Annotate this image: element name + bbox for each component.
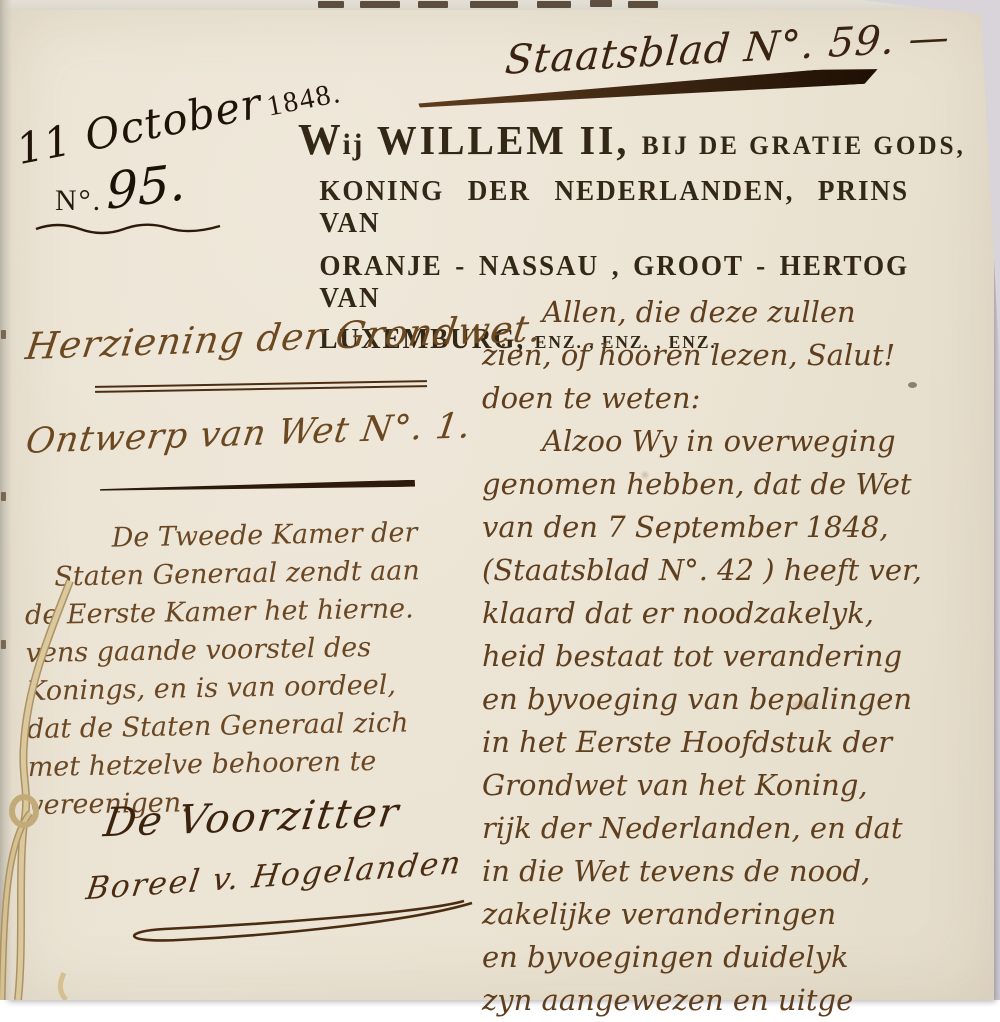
gratie-gods-text: BIJ DE GRATIE GODS,	[642, 131, 966, 161]
kamer-resolution-paragraph: De Tweede Kamer der Staten Generaal zend…	[23, 513, 498, 825]
manuscript-line: doen te weten:	[482, 377, 996, 420]
manuscript-line: in het Eerste Hoofdstuk der	[482, 721, 996, 764]
edge-ink-fleck	[1, 492, 6, 501]
manuscript-line: en byvoeging van bepalingen	[482, 678, 996, 721]
manuscript-line: (Staatsblad N°. 42 ) heeft ver,	[482, 549, 996, 592]
manuscript-line: rijk der Nederlanden, en dat	[482, 807, 996, 850]
decree-text-column: Allen, die deze zullen zien, of hooren l…	[482, 291, 996, 1000]
manuscript-line: zyn aangewezen en uitge	[482, 979, 996, 1000]
paper-stain	[788, 699, 822, 711]
photo-background: Staatsblad N°. 59. — 11 October 1848. N°…	[0, 0, 1000, 1000]
manuscript-line: zakelijke veranderingen	[482, 893, 996, 936]
edge-ink-fleck	[1, 330, 6, 339]
cutoff-type-mark	[470, 1, 518, 8]
intitulatio-line2: KONING DER NEDERLANDEN, PRINS VAN	[319, 176, 909, 240]
manuscript-line: Alzoo Wy in overweging	[482, 420, 996, 463]
signature-flourish	[112, 893, 480, 953]
manuscript-line: heid bestaat tot verandering	[482, 635, 996, 678]
wij-word: Wij	[298, 114, 364, 165]
cutoff-type-mark	[318, 1, 344, 8]
manuscript-line: Grondwet van het Koning,	[482, 764, 996, 807]
paper-stain	[640, 470, 650, 480]
cutoff-type-mark	[360, 1, 400, 8]
number-value: 95.	[106, 153, 186, 221]
manuscript-line: zien, of hooren lezen, Salut!	[482, 334, 996, 377]
manuscript-line: klaard dat er noodzakelyk,	[482, 592, 996, 635]
manuscript-line: in die Wet tevens de nood,	[482, 850, 996, 893]
number-label: N°.	[55, 184, 102, 218]
cutoff-type-mark	[537, 1, 571, 8]
binding-cord	[0, 573, 84, 1000]
intitulatio-line1: Wij WILLEM II, BIJ DE GRATIE GODS,	[298, 114, 927, 165]
cutoff-type-mark	[418, 1, 448, 8]
royal-name: WILLEM II,	[377, 116, 629, 164]
manuscript-line: en byvoegingen duidelyk	[482, 936, 996, 979]
number-flourish	[34, 220, 224, 236]
manuscript-line: van den 7 September 1848,	[482, 506, 996, 549]
cutoff-type-mark	[590, 0, 612, 7]
manuscript-line: genomen hebben, dat de Wet	[482, 463, 996, 506]
cutoff-type-mark	[628, 1, 658, 8]
manuscript-line: Allen, die deze zullen	[482, 291, 996, 334]
ink-speck	[908, 382, 917, 388]
